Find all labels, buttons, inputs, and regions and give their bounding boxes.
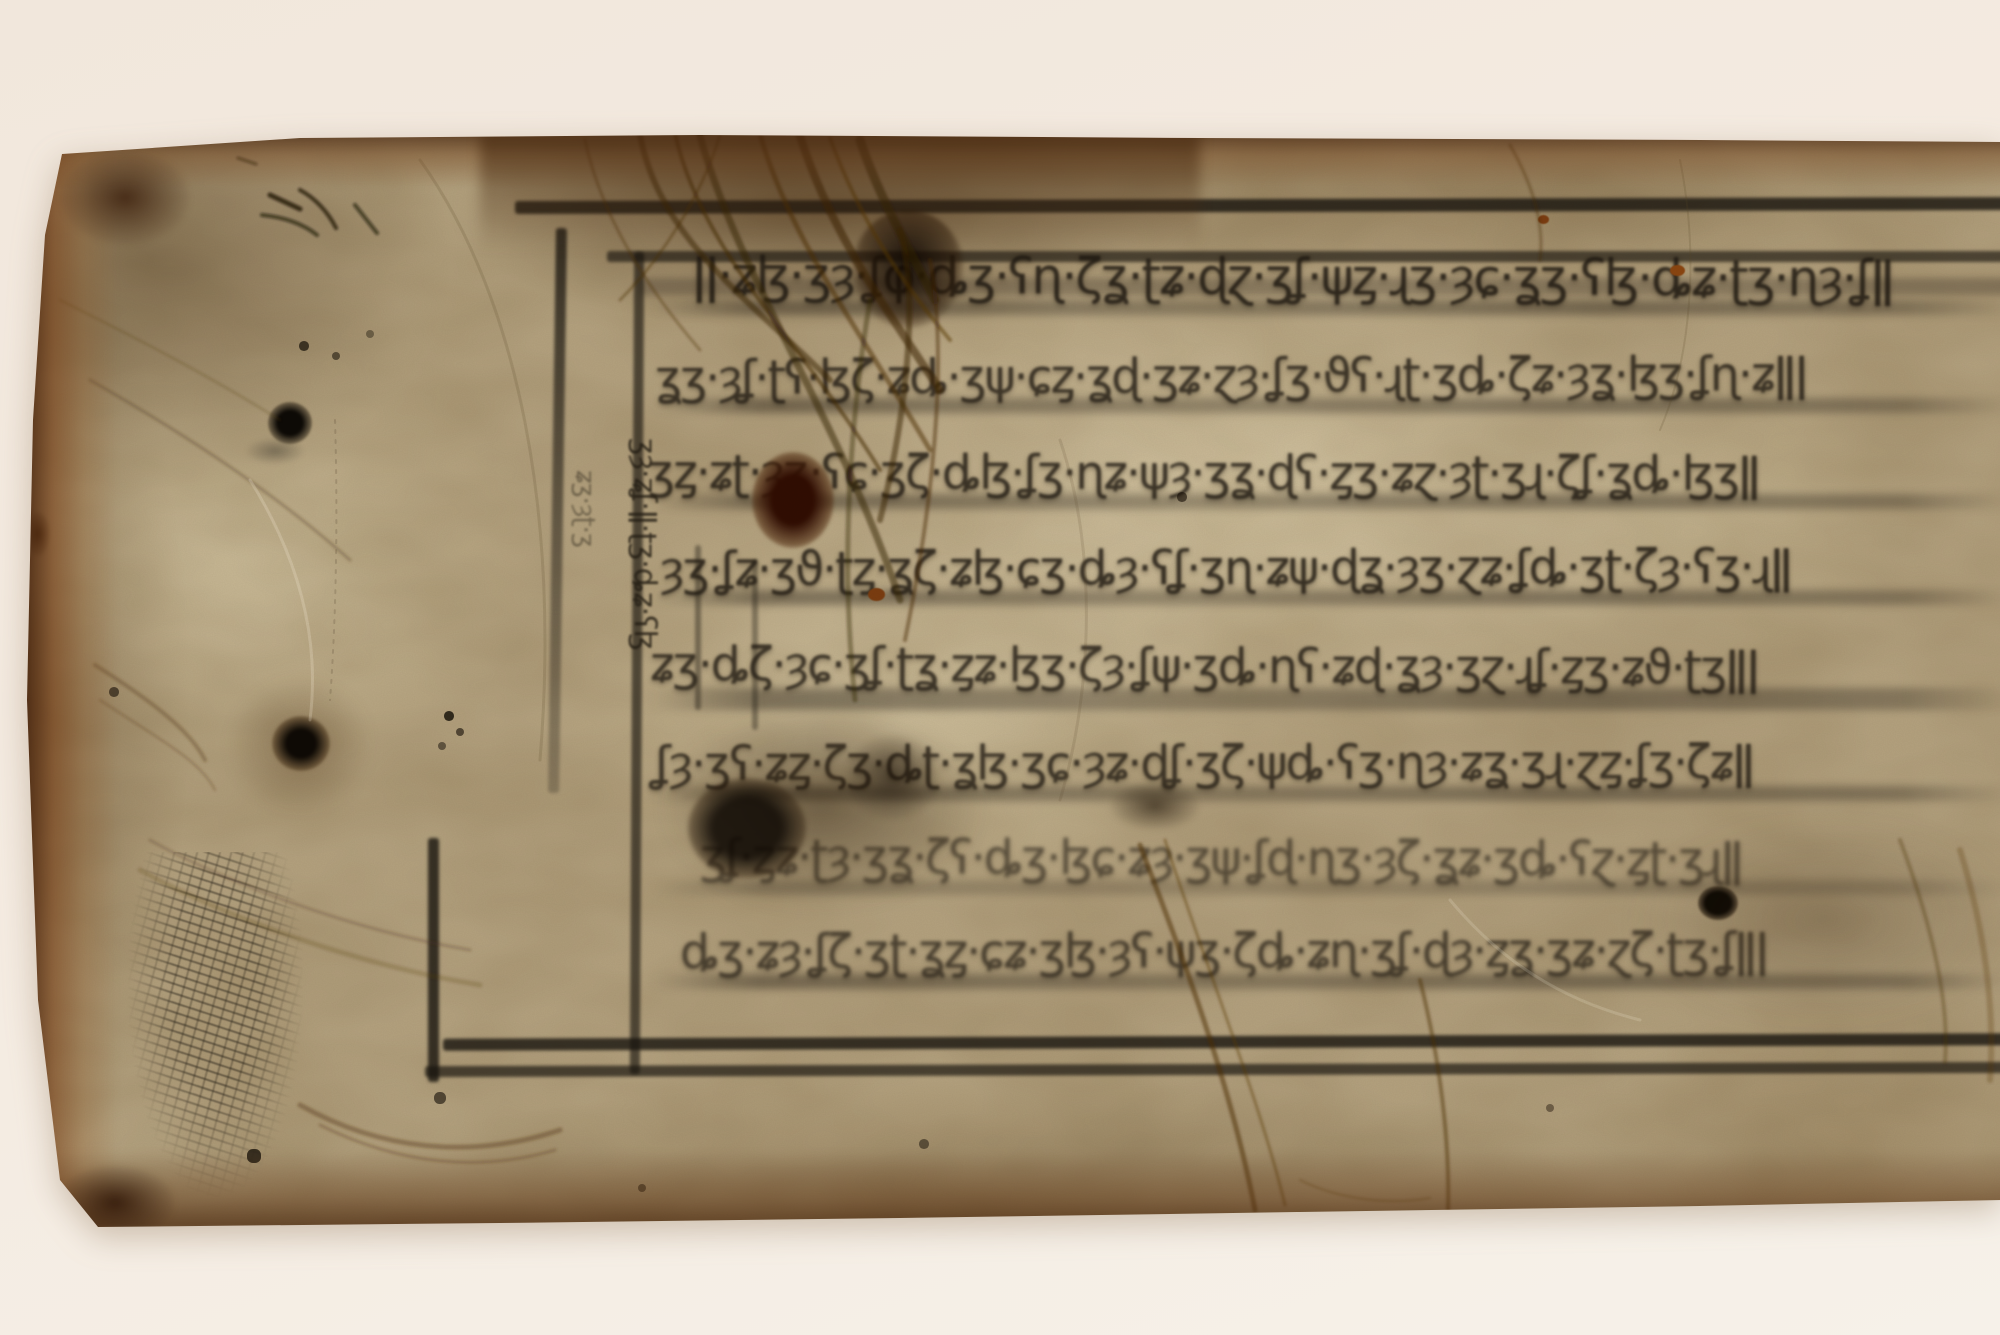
frame-left-rule-ghost-bottom	[428, 838, 439, 1082]
ink-knot-stain	[852, 210, 964, 328]
ink-smear-band	[650, 590, 2000, 605]
frame-bottom-rule	[443, 1033, 2000, 1050]
scribble-marks-top-left	[238, 158, 377, 235]
text-line-8: ȡʒ·ʑȝ·ʆζ·ʒʈ·ʓȥ·ɕʑ·ʒɮ·ȝʕ·ψʒ·ζȡ·ʑɳ·ʒʆ·ɖȝ·ȥ…	[680, 923, 1767, 980]
ink-blob-core	[688, 778, 806, 878]
ink-smear-band	[650, 494, 2000, 509]
ink-specks	[0, 0, 4, 4]
rust-speck	[1538, 215, 1549, 224]
maroon-blot	[752, 452, 834, 548]
fiber-cloud-bottom-right	[1630, 815, 2000, 1025]
burnt-edge-left	[18, 140, 118, 1235]
ink-smear-band	[650, 300, 2000, 315]
text-line-4: ȝʒ·ʆʑ·ʒϑ·ʈȥ·ʓζ·ʑɮ·ɕʒ·ȡȝ·ʕʆ·ʒɳ·ʑψ·ɖʓ·ȝʒ·ɀ…	[660, 540, 1791, 598]
rust-speck	[1670, 265, 1685, 276]
frame-top-rule	[515, 197, 2000, 214]
burnt-edge-top	[55, 128, 2000, 188]
photo-backdrop: ǀǀ·ʑɮ·ʒȝ·ʆφ·ȡʒ·ʕɳ·ζʓ·ʈʑ·ɖɀ·ʒʆ·ψȥ·ɻʒ·ȝɕ·ʓ…	[0, 0, 2000, 1335]
paper-shadow: ǀǀ·ʑɮ·ʒȝ·ʆφ·ȡʒ·ʕɳ·ζʓ·ʈʑ·ɖɀ·ʒʆ·ψȥ·ɻʒ·ȝɕ·ʓ…	[0, 0, 2000, 1335]
rust-speck	[868, 588, 885, 601]
burnt-edge-top-dark-band	[480, 132, 1200, 252]
frame-bottom-rule-ghost	[425, 1062, 2000, 1077]
gray-smudge-upper-left	[246, 438, 304, 464]
fingerprint-smudge	[128, 852, 303, 1197]
manuscript-paper: ǀǀ·ʑɮ·ʒȝ·ʆφ·ȡʒ·ʕɳ·ζʓ·ʈʑ·ɖɀ·ʒʆ·ψȥ·ɻʒ·ȝɕ·ʓ…	[0, 0, 2000, 1335]
ink-smear-band	[650, 398, 2000, 413]
small-ink-blot	[1110, 782, 1200, 830]
frame-left-rule-outer	[548, 228, 567, 793]
starburst-ink-spot	[272, 716, 330, 771]
edge-nick-stain	[26, 512, 50, 556]
ink-blob-core-2	[845, 735, 940, 820]
margin-title-column-ghost: ʑʒ·ȝʈ·ʒ	[570, 470, 600, 710]
burnt-edge-bottom	[40, 1150, 2000, 1230]
burnt-corner-top-left	[60, 150, 190, 245]
